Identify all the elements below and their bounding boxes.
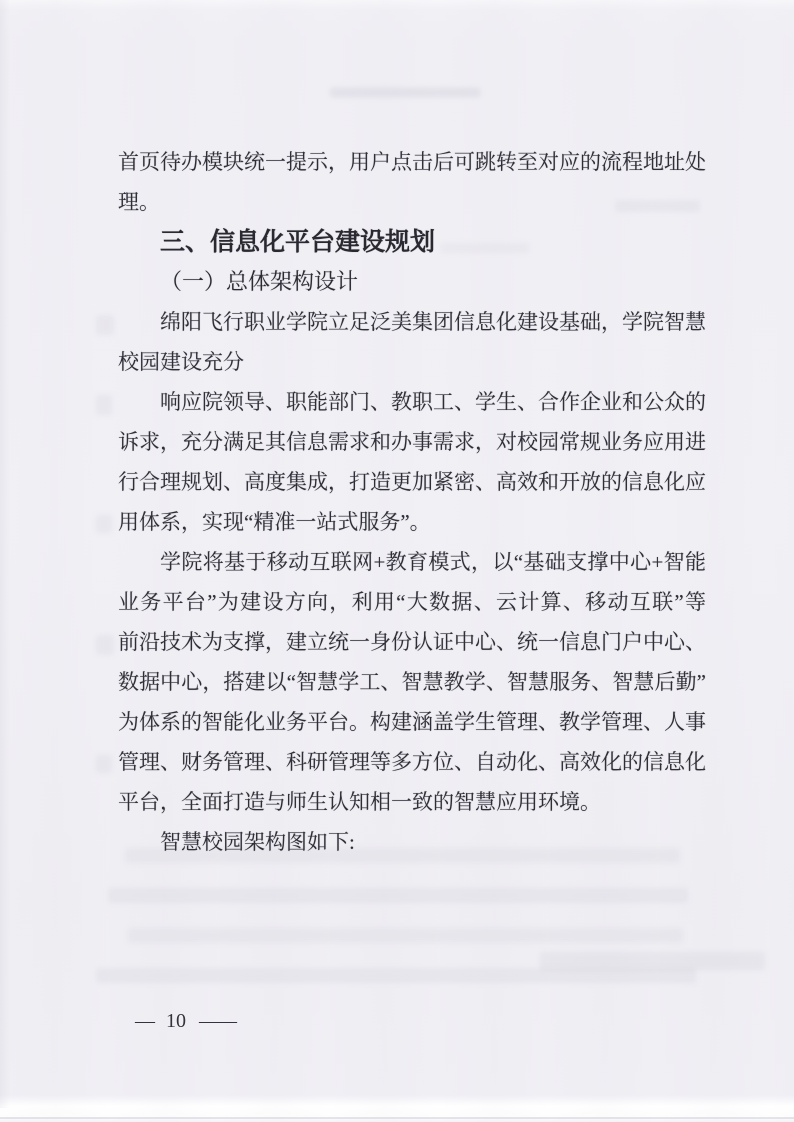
footer-left-dash: — <box>135 1010 153 1033</box>
body-text-line: 绵阳飞行职业学院立足泛美集团信息化建设基础，学院智慧 <box>118 302 706 342</box>
body-text-line: 用体系，实现“精准一站式服务”。 <box>118 502 706 542</box>
body-text-line: 管理、财务管理、科研管理等多方位、自动化、高效化的信息化 <box>118 742 706 782</box>
page-footer: — 10 —— <box>135 1010 235 1033</box>
section-heading: 三、信息化平台建设规划 <box>118 222 706 262</box>
body-text-line: 首页待办模块统一提示，用户点击后可跳转至对应的流程地址处 <box>118 142 706 182</box>
body-text-line: 前沿技术为支撑，建立统一身份认证中心、统一信息门户中心、 <box>118 622 706 662</box>
scanned-document-page: 首页待办模块统一提示，用户点击后可跳转至对应的流程地址处理。三、信息化平台建设规… <box>0 0 794 1122</box>
ghost-text-artifact <box>96 755 112 773</box>
document-body: 首页待办模块统一提示，用户点击后可跳转至对应的流程地址处理。三、信息化平台建设规… <box>118 142 706 862</box>
ghost-text-artifact <box>330 88 480 97</box>
ghost-text-artifact <box>96 968 696 983</box>
body-text-line: 诉求，充分满足其信息需求和办事需求，对校园常规业务应用进 <box>118 422 706 462</box>
ghost-text-artifact <box>128 928 683 943</box>
subsection-heading: （一）总体架构设计 <box>118 262 706 302</box>
body-text-line: 数据中心，搭建以“智慧学工、智慧教学、智慧服务、智慧后勤” <box>118 662 706 702</box>
footer-right-dash: —— <box>199 1010 235 1033</box>
ghost-text-artifact <box>540 952 765 970</box>
page-number: 10 <box>166 1010 186 1033</box>
ghost-text-artifact <box>96 515 112 533</box>
body-text-line: 为体系的智能化业务平台。构建涵盖学生管理、教学管理、人事 <box>118 702 706 742</box>
ghost-text-artifact <box>108 888 688 903</box>
body-text-line: 校园建设充分 <box>118 342 706 382</box>
body-text-line: 响应院领导、职能部门、教职工、学生、合作企业和公众的 <box>118 382 706 422</box>
ghost-text-artifact <box>96 635 114 655</box>
body-text-line: 智慧校园架构图如下: <box>118 822 706 862</box>
body-text-line: 学院将基于移动互联网+教育模式，以“基础支撑中心+智能 <box>118 542 706 582</box>
body-text-line: 业务平台”为建设方向，利用“大数据、云计算、移动互联”等 <box>118 582 706 622</box>
scan-bottom-edge <box>0 1117 794 1119</box>
ghost-text-artifact <box>96 315 114 335</box>
ghost-text-artifact <box>96 395 112 415</box>
body-text-line: 理。 <box>118 182 706 222</box>
body-text-line: 行合理规划、高度集成，打造更加紧密、高效和开放的信息化应 <box>118 462 706 502</box>
body-text-line: 平台，全面打造与师生认知相一致的智慧应用环境。 <box>118 782 706 822</box>
